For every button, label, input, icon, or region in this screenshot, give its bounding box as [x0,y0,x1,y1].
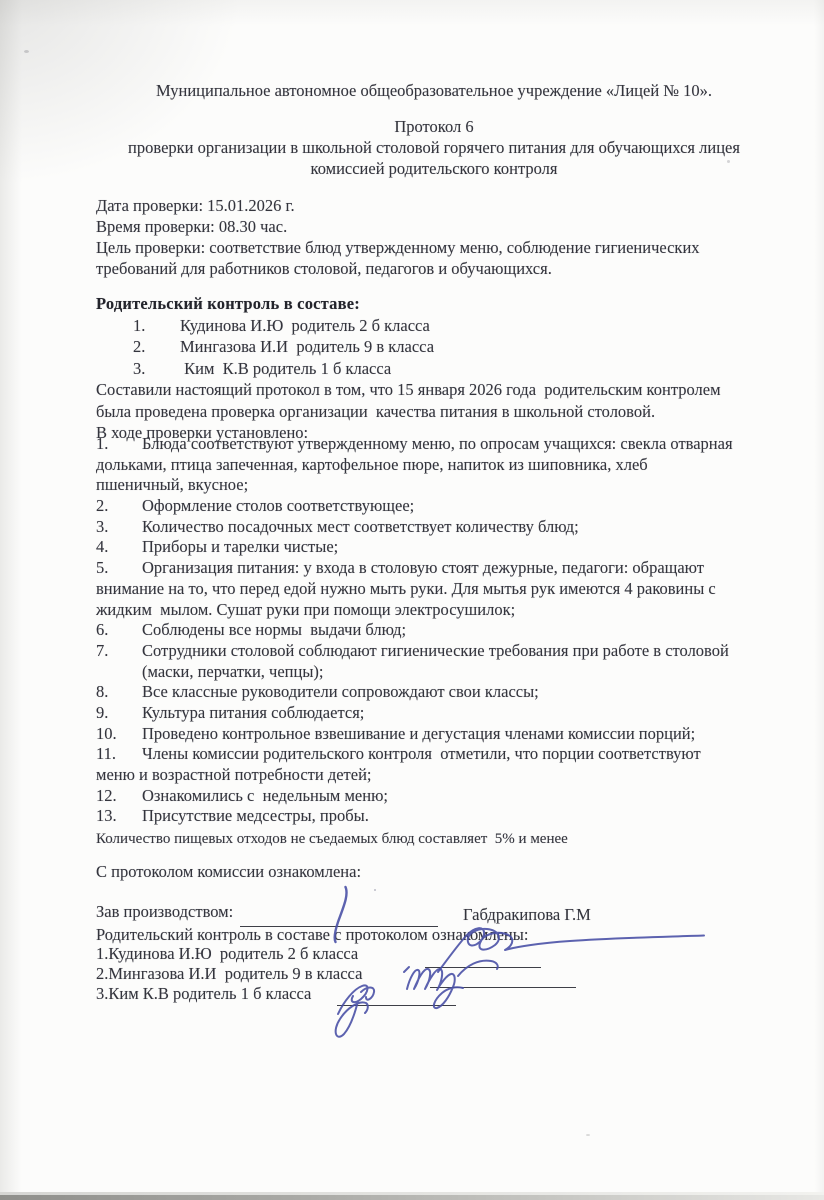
list-number: 5. [96,558,142,578]
list-number: 3. [133,359,180,379]
scan-speck [727,160,730,163]
line-text: Цель проверки: соответствие блюд утвержд… [96,238,700,257]
line-text: Ким К.В родитель 1 б класса [180,359,391,378]
line-text: меню и возрастной потребности детей; [96,765,371,784]
waste-note: Количество пищевых отходов не съедаемых … [96,831,772,848]
committee-line: 3. Ким К.В родитель 1 б класса [96,359,772,381]
finding-line: 4.Приборы и тарелки чистые; [96,537,772,558]
finding-line: пшеничный, вкусное; [96,475,772,496]
scan-speck [374,889,376,891]
preamble-line: была проведена проверка организации каче… [96,402,772,424]
list-number: 3. [96,517,142,537]
list-number: 2. [96,496,142,516]
finding-line: 5.Организация питания: у входа в столову… [96,558,772,579]
line-text: пшеничный, вкусное; [96,475,248,494]
finding-line: внимание на то, что перед едой нужно мыт… [96,579,772,600]
line-text: Приборы и тарелки чистые; [142,537,338,556]
line-text: Кудинова И.Ю родитель 2 б класса [180,316,430,335]
list-number: 1. [133,316,180,336]
org-name-line: Муниципальное автономное общеобразовател… [96,81,772,101]
line-text: Количество посадочных мест соответствует… [142,517,579,536]
scan-speck [586,1134,590,1136]
committee-heading: Родительский контроль в составе: [96,294,772,316]
line-text: Время проверки: 08.30 час. [96,217,287,236]
signature-line-3 [337,1005,456,1006]
finding-line: 2.Оформление столов соответствующее; [96,496,772,517]
info-line: Цель проверки: соответствие блюд утвержд… [96,238,772,259]
line-text: Составили настоящий протокол в том, что … [96,380,721,399]
preamble-line: Составили настоящий протокол в том, что … [96,380,772,402]
manager-name: Габдракипова Г.М [463,905,591,925]
finding-line: 13.Присутствие медсестры, пробы. [96,806,772,827]
committee-ack-line: Родительский контроль в составе с проток… [96,925,528,945]
list-number: 2. [133,337,180,357]
line-text: Ознакомились с недельным меню; [142,786,388,805]
line-text: Организация питания: у входа в столовую … [142,558,704,577]
list-number: 4. [96,537,142,557]
signature-line-1 [425,967,541,968]
line-text: была проведена проверка организации каче… [96,402,655,421]
committee-line: 1.Кудинова И.Ю родитель 2 б класса [96,316,772,338]
finding-line: жидким мылом. Сушат руки при помощи элек… [96,600,772,621]
info-line: требований для работников столовой, педа… [96,259,772,280]
list-number: 6. [96,620,142,640]
finding-line: 12.Ознакомились с недельным меню; [96,786,772,807]
finding-line: 6.Соблюдены все нормы выдачи блюд; [96,620,772,641]
findings-list: 1.Блюда соответствуют утвержденному меню… [96,434,772,827]
line-text: Оформление столов соответствующее; [142,496,414,515]
finding-line: 7.Сотрудники столовой соблюдают гигиенич… [96,641,772,662]
list-number: 13. [96,806,142,826]
line-text: жидким мылом. Сушат руки при помощи элек… [96,600,515,619]
line-text: Дата проверки: 15.01.2026 г. [96,196,295,215]
list-number: 1. [96,434,142,454]
line-text: Члены комиссии родительского контроля от… [142,744,701,763]
list-number: 12. [96,786,142,806]
list-number: 11. [96,744,142,764]
inspection-info-block: Дата проверки: 15.01.2026 г.Время провер… [96,196,772,280]
signature-line-2 [430,987,576,988]
line-text: дольками, птица запеченная, картофельное… [96,455,648,474]
line-text: Сотрудники столовой соблюдают гигиеничес… [142,641,729,660]
line-text: Мингазова И.И родитель 9 в класса [180,337,434,356]
committee-line: 2.Мингазова И.И родитель 9 в класса [96,337,772,359]
finding-line: (маски, перчатки, чепцы); [96,662,772,683]
finding-line: дольками, птица запеченная, картофельное… [96,455,772,476]
line-text: Присутствие медсестры, пробы. [142,806,369,825]
title-block: Протокол 6 проверки организации в школьн… [96,117,772,180]
line-text: Все классные руководители сопровождают с… [142,682,539,701]
scan-bottom-edge-dark [0,1195,824,1200]
line-text: Проведено контрольное взвешивание и дегу… [142,724,695,743]
finding-line: 8.Все классные руководители сопровождают… [96,682,772,703]
finding-line: 10.Проведено контрольное взвешивание и д… [96,724,772,745]
finding-line: 1.Блюда соответствуют утвержденному меню… [96,434,772,455]
line-text: (маски, перчатки, чепцы); [142,662,324,681]
ack-row-2: 2.Мингазова И.И родитель 9 в класса [96,964,362,984]
finding-line: 11.Члены комиссии родительского контроля… [96,744,772,765]
scan-right-shadow [814,0,824,1200]
line-text: требований для работников столовой, педа… [96,259,552,278]
list-number: 10. [96,724,142,744]
finding-line: 3.Количество посадочных мест соответству… [96,517,772,538]
line-text: внимание на то, что перед едой нужно мыт… [96,579,716,598]
committee-block: Родительский контроль в составе: 1.Кудин… [96,294,772,445]
info-line: Дата проверки: 15.01.2026 г. [96,196,772,217]
list-number: 8. [96,682,142,702]
document-body: Муниципальное автономное общеобразовател… [96,0,772,1200]
scan-speck [24,50,29,53]
ack-row-1: 1.Кудинова И.Ю родитель 2 б класса [96,944,358,964]
line-text: Соблюдены все нормы выдачи блюд; [142,620,406,639]
finding-line: меню и возрастной потребности детей; [96,765,772,786]
committee-list: 1.Кудинова И.Ю родитель 2 б класса2.Минг… [96,316,772,381]
line-text: Культура питания соблюдается; [142,703,364,722]
line-text: Блюда соответствуют утвержденному меню, … [142,434,733,453]
list-number: 7. [96,641,142,661]
ack-line: С протоколом комиссии ознакомлена: [96,862,772,882]
doc-title: Протокол 6 [96,117,772,138]
list-number: 9. [96,703,142,723]
manager-sign-label: Зав производством: [96,902,233,922]
scanned-document-page: Муниципальное автономное общеобразовател… [0,0,824,1200]
doc-subtitle-1: проверки организации в школьной столовой… [96,138,772,159]
finding-line: 9.Культура питания соблюдается; [96,703,772,724]
scan-left-shadow [0,0,22,1200]
ack-row-3: 3.Ким К.В родитель 1 б класса [96,984,311,1004]
doc-subtitle-2: комиссией родительского контроля [96,159,772,180]
info-line: Время проверки: 08.30 час. [96,217,772,238]
